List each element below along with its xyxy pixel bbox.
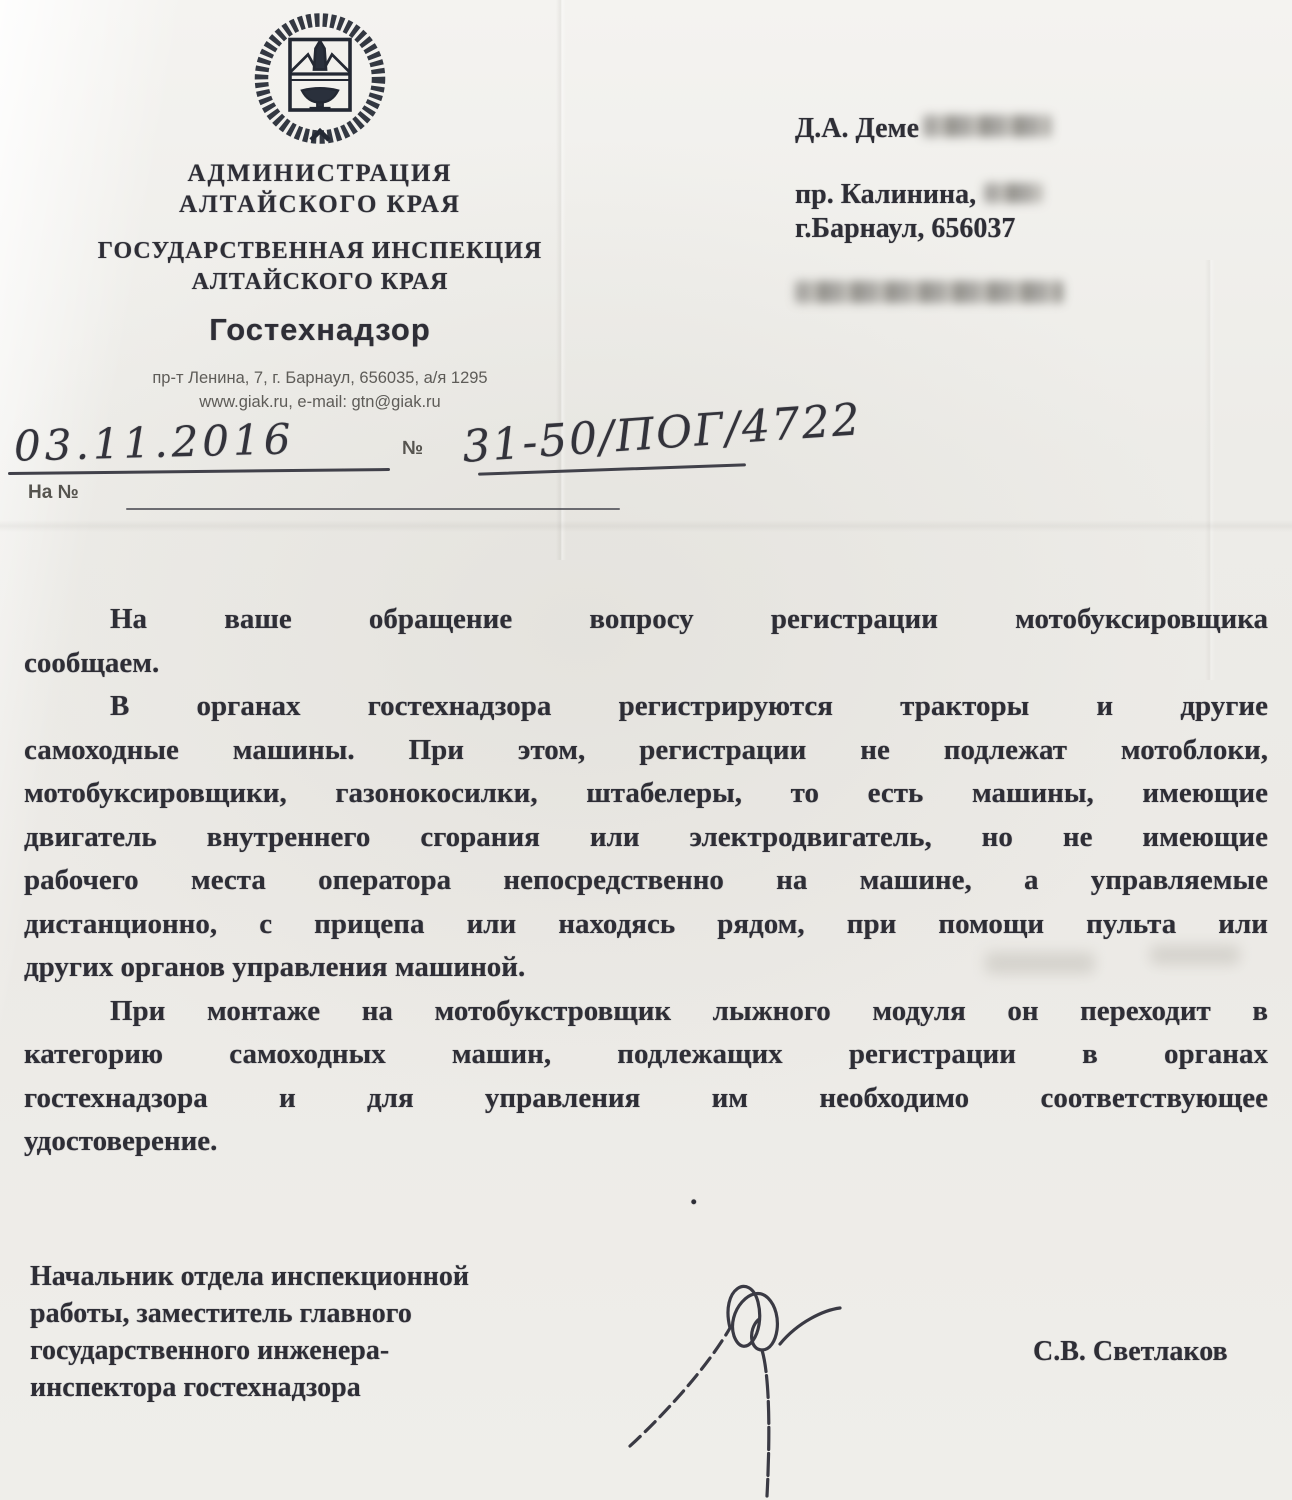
org-contact-block: пр-т Ленина, 7, г. Барнаул, 656035, а/я …: [40, 366, 600, 414]
stray-ink-mark: .: [690, 1178, 698, 1212]
outgoing-date-handwritten: 03.11.2016: [13, 414, 295, 470]
recipient-house-number-redacted-blur: [984, 183, 1042, 203]
org-name-line: АДМИНИСТРАЦИЯ: [40, 158, 600, 189]
signer-title-line: государственного инженера-: [30, 1332, 630, 1369]
handwritten-signature-icon: [612, 1258, 882, 1500]
signer-title-line: инспектора гостехнадзора: [30, 1369, 630, 1406]
recipient-street-line: пр. Калинина,: [795, 178, 1215, 212]
body-line: дистанционно, с прицепа или находясь ряд…: [24, 903, 1268, 947]
paper-crease: [0, 520, 1292, 532]
signer-title-block: Начальник отдела инспекционной работы, з…: [30, 1258, 630, 1406]
signer-title-line: работы, заместитель главного: [30, 1295, 630, 1332]
body-line: На ваше обращение вопросу регистрации мо…: [24, 598, 1268, 642]
reply-to-underline: [126, 508, 620, 510]
body-line: других органов управления машиной.: [24, 946, 1268, 990]
altai-krai-coat-of-arms-icon: [40, 8, 600, 158]
recipient-name-redacted-blur: [923, 115, 1051, 137]
org-postal-address: пр-т Ленина, 7, г. Барнаул, 656035, а/я …: [40, 366, 600, 390]
recipient-email-redacted-blur: [795, 281, 1063, 303]
inspection-name-line: АЛТАЙСКОГО КРАЯ: [40, 267, 600, 298]
recipient-name-line: Д.А. Деме: [795, 112, 1215, 146]
recipient-city-line: г.Барнаул, 656037: [795, 212, 1215, 246]
number-sign-label: №: [402, 438, 423, 460]
body-line: удостоверение.: [24, 1120, 1268, 1164]
recipient-email-line: [795, 278, 1215, 312]
body-line: самоходные машины. При этом, регистрации…: [24, 729, 1268, 773]
letterhead: АДМИНИСТРАЦИЯ АЛТАЙСКОГО КРАЯ ГОСУДАРСТВ…: [40, 8, 600, 414]
body-line: гостехнадзора и для управления им необхо…: [24, 1077, 1268, 1121]
org-short-name: Гостехнадзор: [40, 312, 600, 348]
body-line: При монтаже на мотобукстровщик лыжного м…: [24, 990, 1268, 1034]
signer-name: С.В. Светлаков: [1033, 1336, 1228, 1368]
inspection-name-line: ГОСУДАРСТВЕННАЯ ИНСПЕКЦИЯ: [40, 236, 600, 267]
body-line: двигатель внутреннего сгорания или элект…: [24, 816, 1268, 860]
org-web-email: www.giak.ru, e-mail: gtn@giak.ru: [40, 390, 600, 414]
body-line: категорию самоходных машин, подлежащих р…: [24, 1033, 1268, 1077]
org-name-line: АЛТАЙСКОГО КРАЯ: [40, 189, 600, 220]
body-line: В органах гостехнадзора регистрируются т…: [24, 685, 1268, 729]
recipient-block: Д.А. Деме пр. Калинина, г.Барнаул, 65603…: [795, 112, 1215, 312]
body-line: мотобуксировщики, газонокосилки, штабеле…: [24, 772, 1268, 816]
reply-to-label: На №: [28, 482, 79, 504]
signer-title-line: Начальник отдела инспекционной: [30, 1258, 630, 1295]
body-line: сообщаем.: [24, 642, 1268, 686]
body-line: рабочего места оператора непосредственно…: [24, 859, 1268, 903]
letter-body: На ваше обращение вопросу регистрации мо…: [24, 598, 1268, 1164]
